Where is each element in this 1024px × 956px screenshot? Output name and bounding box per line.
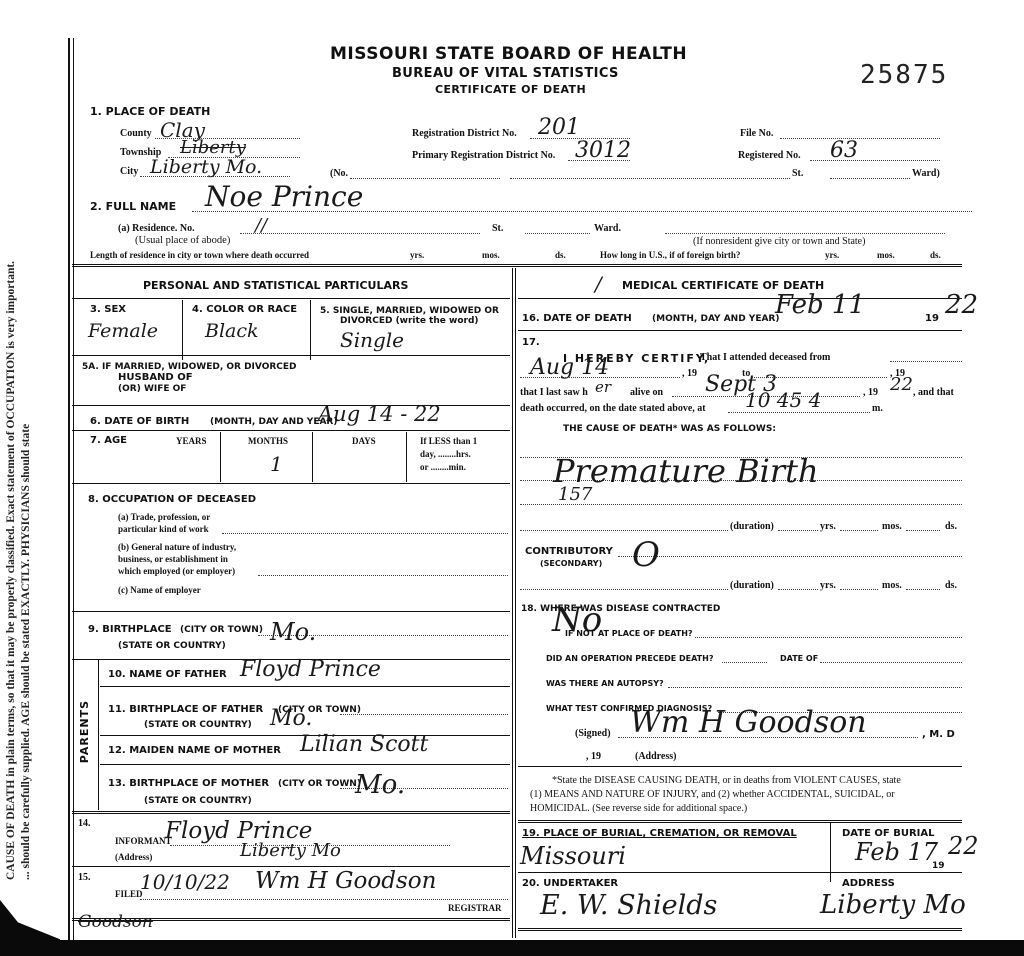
father-bp-state: (STATE OR COUNTRY) xyxy=(144,720,252,730)
contributory-line xyxy=(618,556,962,557)
registrar-label: REGISTRAR xyxy=(448,903,502,913)
us-mos-label: mos. xyxy=(877,250,895,260)
dod-year[interactable]: 22 xyxy=(945,290,978,320)
date-of-line xyxy=(820,662,962,663)
residence-ward-line xyxy=(525,233,590,234)
not-place-line xyxy=(695,637,962,638)
occurred-m-label: m. xyxy=(872,403,883,414)
personal-heading: PERSONAL AND STATISTICAL PARTICULARS xyxy=(143,279,408,292)
mother-value[interactable]: Lilian Scott xyxy=(300,732,428,757)
burial-place-label: 19. PLACE OF BURIAL, CREMATION, OR REMOV… xyxy=(522,828,797,839)
length-mos-label: mos. xyxy=(482,250,500,260)
occurred-value[interactable]: 10 45 4 xyxy=(745,388,821,412)
duration-ds-2: ds. xyxy=(945,580,957,591)
father-rule xyxy=(100,686,510,687)
burial-year[interactable]: 22 xyxy=(948,832,979,860)
duration-yrs-2: yrs. xyxy=(820,580,836,591)
file-no-label: File No. xyxy=(740,128,773,139)
mother-label: 12. MAIDEN NAME OF MOTHER xyxy=(108,745,281,756)
city-value[interactable]: Liberty Mo. xyxy=(150,156,262,178)
spouse-label-1: 5A. IF MARRIED, WIDOWED, OR DIVORCED xyxy=(82,362,297,372)
section-divider xyxy=(72,264,962,267)
not-place-label: IF NOT AT PLACE OF DEATH? xyxy=(565,629,693,638)
undertaker-address-label: ADDRESS xyxy=(842,878,895,889)
cause-label: THE CAUSE OF DEATH* WAS AS FOLLOWS: xyxy=(563,424,776,434)
less-label-2: day, ........hrs. xyxy=(420,449,471,459)
marital-rule xyxy=(72,355,510,356)
form-title: MISSOURI STATE BOARD OF HEALTH xyxy=(330,44,687,64)
form-left-border xyxy=(68,38,74,940)
file-no-line xyxy=(780,138,940,139)
contributory-value[interactable]: O xyxy=(632,535,660,575)
parents-divider xyxy=(98,660,99,810)
primary-reg-value[interactable]: 3012 xyxy=(575,138,631,163)
duration-mos-line-1 xyxy=(840,530,878,531)
alive-label: alive on xyxy=(630,387,663,398)
marital-value[interactable]: Single xyxy=(340,328,404,352)
burial-date-value[interactable]: Feb 17 xyxy=(855,838,938,866)
us-ds-label: ds. xyxy=(930,250,941,260)
footnote-2: (1) MEANS AND NATURE OF INJURY, and (2) … xyxy=(530,789,895,800)
duration-ds-line-1 xyxy=(906,530,940,531)
last-saw-pronoun[interactable]: er xyxy=(595,378,611,396)
undertaker-value[interactable]: E. W. Shields xyxy=(540,890,717,921)
column-divider xyxy=(512,268,516,938)
signed-date-19: , 19 xyxy=(586,751,601,762)
reg-district-value[interactable]: 201 xyxy=(538,115,580,140)
form-doc-type: CERTIFICATE OF DEATH xyxy=(435,83,586,96)
father-bp-line xyxy=(340,714,508,715)
informant-address-label: (Address) xyxy=(115,852,152,862)
attended-from-19: , 19 xyxy=(682,368,697,379)
residence-label: (a) Residence. No. xyxy=(118,223,195,234)
residence-st-label: St. xyxy=(492,223,503,234)
item18-label: 18. WHERE WAS DISEASE CONTRACTED xyxy=(521,604,720,614)
operation-label: DID AN OPERATION PRECEDE DEATH? xyxy=(546,654,713,663)
duration-line-1 xyxy=(520,530,728,531)
duration-ds-line-2 xyxy=(906,589,940,590)
autopsy-label: WAS THERE AN AUTOPSY? xyxy=(546,679,664,688)
medical-heading-rule xyxy=(518,298,962,299)
birthplace-sub: (CITY OR TOWN) xyxy=(180,625,263,635)
nonresident-note: (If nonresident give city or town and St… xyxy=(693,236,865,247)
signed-address-label: (Address) xyxy=(635,751,676,762)
margin-line-2: ... should be carefully supplied. AGE sh… xyxy=(19,60,34,880)
burial-rule xyxy=(518,872,962,873)
mother-bp-label: 13. BIRTHPLACE OF MOTHER xyxy=(108,778,269,789)
father-value[interactable]: Floyd Prince xyxy=(240,657,381,682)
date-of-label: DATE OF xyxy=(780,654,818,663)
length-yrs-label: yrs. xyxy=(410,250,424,260)
registered-no-label: Registered No. xyxy=(738,150,801,161)
marital-label-2: DIVORCED (write the word) xyxy=(340,316,479,326)
footnote-3: HOMICIDAL. (See reverse side for additio… xyxy=(530,803,747,814)
dob-value[interactable]: Aug 14 - 22 xyxy=(318,402,441,426)
age-label: 7. AGE xyxy=(90,435,127,446)
residence-value[interactable]: // xyxy=(255,215,267,236)
duration-label-2: (duration) xyxy=(730,580,774,591)
footnote-1: *State the DISEASE CAUSING DEATH, or in … xyxy=(552,775,901,786)
father-label: 10. NAME OF FATHER xyxy=(108,669,227,680)
dod-value[interactable]: Feb 11 xyxy=(775,290,865,320)
autopsy-line xyxy=(668,687,962,688)
years-label: YEARS xyxy=(176,436,207,446)
form-subtitle: BUREAU OF VITAL STATISTICS xyxy=(392,66,619,81)
primary-reg-label: Primary Registration District No. xyxy=(412,150,555,161)
birthplace-value[interactable]: Mo. xyxy=(270,618,316,646)
duration-label-1: (duration) xyxy=(730,521,774,532)
spouse-rule xyxy=(72,405,510,406)
parents-label: PARENTS xyxy=(78,700,91,763)
us-yrs-label: yrs. xyxy=(825,250,839,260)
months-label: MONTHS xyxy=(248,436,288,446)
township-value[interactable]: Liberty xyxy=(180,137,246,158)
scan-bottom-band xyxy=(0,940,1024,956)
signed-rule xyxy=(518,766,962,767)
signed-value[interactable]: Wm H Goodson xyxy=(630,705,867,740)
occ-c-label: (c) Name of employer xyxy=(118,585,201,595)
occ-b-label-1: (b) General nature of industry, xyxy=(118,542,236,552)
registered-no-value[interactable]: 63 xyxy=(830,138,858,163)
dod-year-prefix: 19 xyxy=(925,313,939,324)
personal-heading-rule xyxy=(72,298,510,299)
duration-mos-2: mos. xyxy=(882,580,902,591)
occ-b-line xyxy=(258,575,508,576)
attended-from-value[interactable]: Aug 14 xyxy=(530,355,609,380)
us-label: How long in U.S., if of foreign birth? xyxy=(600,250,740,260)
occ-a-line xyxy=(222,533,508,534)
race-value[interactable]: Black xyxy=(205,320,259,342)
age-years-divider xyxy=(220,432,221,482)
stamp-number: 25875 xyxy=(860,60,948,90)
informant-num: 14. xyxy=(78,818,91,829)
city-no-line xyxy=(350,178,500,179)
filed-label: FILED xyxy=(115,889,143,899)
duration-yrs-line-2 xyxy=(778,589,818,590)
filed-num: 15. xyxy=(78,872,91,883)
alive-19: , 19 xyxy=(863,387,878,398)
race-label: 4. COLOR OR RACE xyxy=(192,304,297,315)
burial-place-value[interactable]: Missouri xyxy=(520,842,626,870)
registrar-value[interactable]: Wm H Goodson xyxy=(255,868,436,894)
months-value[interactable]: 1 xyxy=(270,452,283,476)
margin-instructions: CAUSE OF DEATH in plain terms, so that i… xyxy=(4,60,44,880)
duration-mos-line-2 xyxy=(840,589,878,590)
full-name-value[interactable]: Noe Prince xyxy=(205,180,363,213)
informant-address-value[interactable]: Liberty Mo xyxy=(240,840,341,861)
dob-label: 6. DATE OF BIRTH xyxy=(90,416,189,427)
reg-district-label: Registration District No. xyxy=(412,128,517,139)
county-label: County xyxy=(120,128,152,139)
marital-label: 5. SINGLE, MARRIED, WIDOWED OR xyxy=(320,306,499,316)
duration-yrs-1: yrs. xyxy=(820,521,836,532)
md-label: , M. D xyxy=(922,729,955,740)
nonresident-line xyxy=(665,233,945,234)
and-that-label: , and that xyxy=(913,387,954,398)
bottom-scrawl: Goodson xyxy=(78,912,153,932)
abode-note: (Usual place of abode) xyxy=(135,235,230,246)
city-st-line xyxy=(510,178,790,179)
father-bp-value[interactable]: Mo. xyxy=(270,706,312,731)
city-no-label: (No. xyxy=(330,168,348,179)
undertaker-address-value[interactable]: Liberty Mo xyxy=(820,890,966,920)
occurred-label: death occurred, on the date stated above… xyxy=(520,403,706,414)
length-ds-label: ds. xyxy=(555,250,566,260)
burial-year-prefix: 19 xyxy=(932,861,945,871)
occ-b-label-3: which employed (or employer) xyxy=(118,566,235,576)
dob-rule xyxy=(72,430,510,431)
days-label: DAYS xyxy=(352,436,376,446)
spouse-label-2: HUSBAND OF xyxy=(118,372,193,383)
length-residence-label: Length of residence in city or town wher… xyxy=(90,250,309,260)
age-rule xyxy=(72,483,510,484)
dod-rule xyxy=(518,330,962,331)
place-of-death-heading: 1. PLACE OF DEATH xyxy=(90,105,210,118)
informant-label: INFORMANT xyxy=(115,836,172,846)
age-days-divider xyxy=(406,432,407,482)
dod-sub: (MONTH, DAY AND YEAR) xyxy=(652,314,779,324)
less-label-1: If LESS than 1 xyxy=(420,436,477,446)
city-ward-line xyxy=(830,178,910,179)
last-saw-label: that I last saw h xyxy=(520,387,588,398)
sex-value[interactable]: Female xyxy=(88,320,158,342)
duration-yrs-line-1 xyxy=(778,530,818,531)
alive-year[interactable]: 22 xyxy=(890,374,913,395)
footnote-rule xyxy=(518,820,962,823)
sex-race-divider xyxy=(182,300,183,360)
occ-a-label-2: particular kind of work xyxy=(118,524,209,534)
medical-mark: / xyxy=(595,272,602,296)
informant-rule xyxy=(72,866,510,867)
birthplace-label: 9. BIRTHPLACE xyxy=(88,624,172,635)
birthplace-state: (STATE OR COUNTRY) xyxy=(118,641,226,651)
mother-bp-state: (STATE OR COUNTRY) xyxy=(144,796,252,806)
filed-value[interactable]: 10/10/22 xyxy=(140,870,230,894)
spouse-label-3: (OR) WIFE OF xyxy=(118,384,186,394)
certify-text: That I attended deceased from xyxy=(700,352,830,363)
full-name-label: 2. FULL NAME xyxy=(90,200,176,213)
undertaker-label: 20. UNDERTAKER xyxy=(522,878,618,889)
operation-line xyxy=(722,662,767,663)
secondary-label: (SECONDARY) xyxy=(540,559,602,568)
certify-line xyxy=(890,361,962,362)
mother-rule xyxy=(100,764,510,765)
signed-label: (Signed) xyxy=(575,728,611,739)
occupation-label: 8. OCCUPATION OF DECEASED xyxy=(88,494,256,505)
margin-line-1: CAUSE OF DEATH in plain terms, so that i… xyxy=(4,60,19,880)
duration-ds-1: ds. xyxy=(945,521,957,532)
city-ward-label: Ward) xyxy=(912,168,940,179)
occ-b-label-2: business, or establishment in xyxy=(118,554,228,564)
parents-bottom-rule xyxy=(72,811,510,814)
occupation-rule xyxy=(72,611,510,612)
age-months-divider xyxy=(312,432,313,482)
residence-ward-label: Ward. xyxy=(594,223,621,234)
contributory-label: CONTRIBUTORY xyxy=(525,546,613,557)
occ-a-label-1: (a) Trade, profession, or xyxy=(118,512,210,522)
father-bp-label: 11. BIRTHPLACE OF FATHER xyxy=(108,704,263,715)
burial-divider xyxy=(830,822,831,882)
race-marital-divider xyxy=(310,300,311,360)
dod-label: 16. DATE OF DEATH xyxy=(522,313,632,324)
filed-line xyxy=(140,899,508,900)
duration-line-2 xyxy=(520,589,728,590)
residence-line xyxy=(240,233,480,234)
city-st-label: St. xyxy=(792,168,803,179)
item17-label: 17. xyxy=(522,337,540,348)
cause-value[interactable]: Premature Birth xyxy=(553,452,819,490)
city-label: City xyxy=(120,166,138,177)
undertaker-rule xyxy=(518,928,962,931)
duration-mos-1: mos. xyxy=(882,521,902,532)
cause-code[interactable]: 157 xyxy=(558,484,592,505)
occurred-line xyxy=(728,412,870,413)
less-label-3: or ........min. xyxy=(420,462,466,472)
sex-label: 3. SEX xyxy=(90,304,126,315)
mother-bp-value[interactable]: Mo. xyxy=(355,770,405,800)
